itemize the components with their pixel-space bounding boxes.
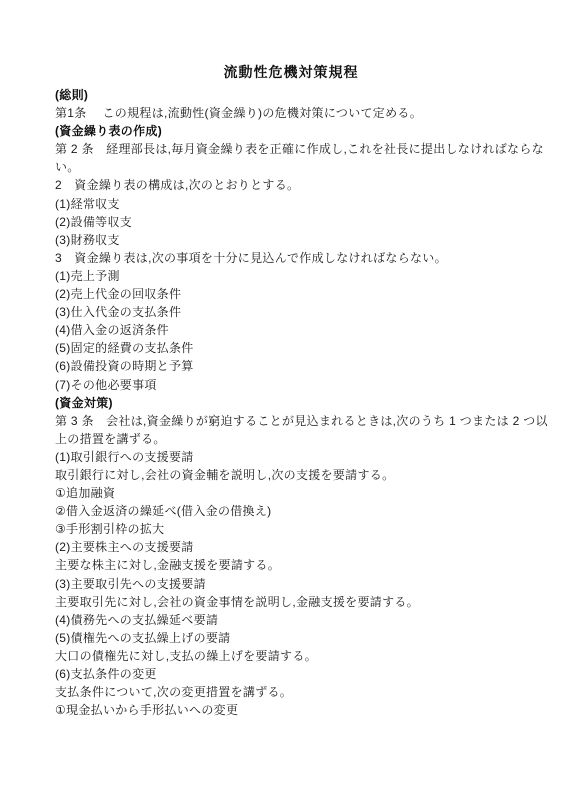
text-line: (3)主要取引先への支援要請 [55,575,527,593]
text-line: い。 [55,158,527,176]
text-line: 上の措置を講ずる。 [55,430,527,448]
text-line: 3 資金繰り表は,次の事項を十分に見込んで作成しなければならない。 [55,249,527,267]
text-line: (5)債権先への支払繰上げの要請 [55,629,527,647]
text-line: 取引銀行に対し,会社の資金輔を説明し,次の支援を要請する。 [55,466,527,484]
text-line: 大口の債権先に対し,支払の繰上げを要請する。 [55,647,527,665]
text-line: 支払条件について,次の変更措置を講ずる。 [55,683,527,701]
text-line: ②借入金返済の繰延べ(借入金の借換え) [55,502,527,520]
text-line: (5)固定的経費の支払条件 [55,339,527,357]
document-title: 流動性危機対策規程 [55,62,527,82]
text-line: (資金対策) [55,394,527,412]
text-line: (6)設備投資の時期と予算 [55,357,527,375]
text-line: (4)債務先への支払繰延べ要請 [55,611,527,629]
text-line: ①追加融資 [55,484,527,502]
text-line: (6)支払条件の変更 [55,665,527,683]
text-line: (3)財務収支 [55,231,527,249]
text-line: (2)設備等収支 [55,213,527,231]
text-line: 第 3 条 会社は,資金繰りが窮迫することが見込まれるときは,次のうち 1 つま… [55,412,527,430]
text-line: (1)経常収支 [55,195,527,213]
text-line: (2)主要株主への支援要請 [55,538,527,556]
text-line: 第 2 条 経理部長は,毎月資金繰り表を正確に作成し,これを社長に提出しなければ… [55,140,527,158]
text-line: 主要取引先に対し,会社の資金事情を説明し,金融支援を要請する。 [55,593,527,611]
text-line: (1)取引銀行への支援要請 [55,448,527,466]
text-line: (2)売上代金の回収条件 [55,285,527,303]
text-line: ③手形割引枠の拡大 [55,520,527,538]
document-page: 流動性危機対策規程 (総則)第1条 この規程は,流動性(資金繰り)の危機対策につ… [0,0,567,794]
text-line: (1)売上予測 [55,267,527,285]
text-line: 主要な株主に対し,金融支援を要請する。 [55,556,527,574]
text-line: (7)その他必要事項 [55,376,527,394]
text-line: (総則) [55,86,527,104]
text-line: (資金繰り表の作成) [55,122,527,140]
document-body: (総則)第1条 この規程は,流動性(資金繰り)の危機対策について定める。(資金繰… [55,86,527,719]
text-line: ①現金払いから手形払いへの変更 [55,701,527,719]
text-line: (3)仕入代金の支払条件 [55,303,527,321]
text-line: (4)借入金の返済条件 [55,321,527,339]
text-line: 2 資金繰り表の構成は,次のとおりとする。 [55,176,527,194]
text-line: 第1条 この規程は,流動性(資金繰り)の危機対策について定める。 [55,104,527,122]
